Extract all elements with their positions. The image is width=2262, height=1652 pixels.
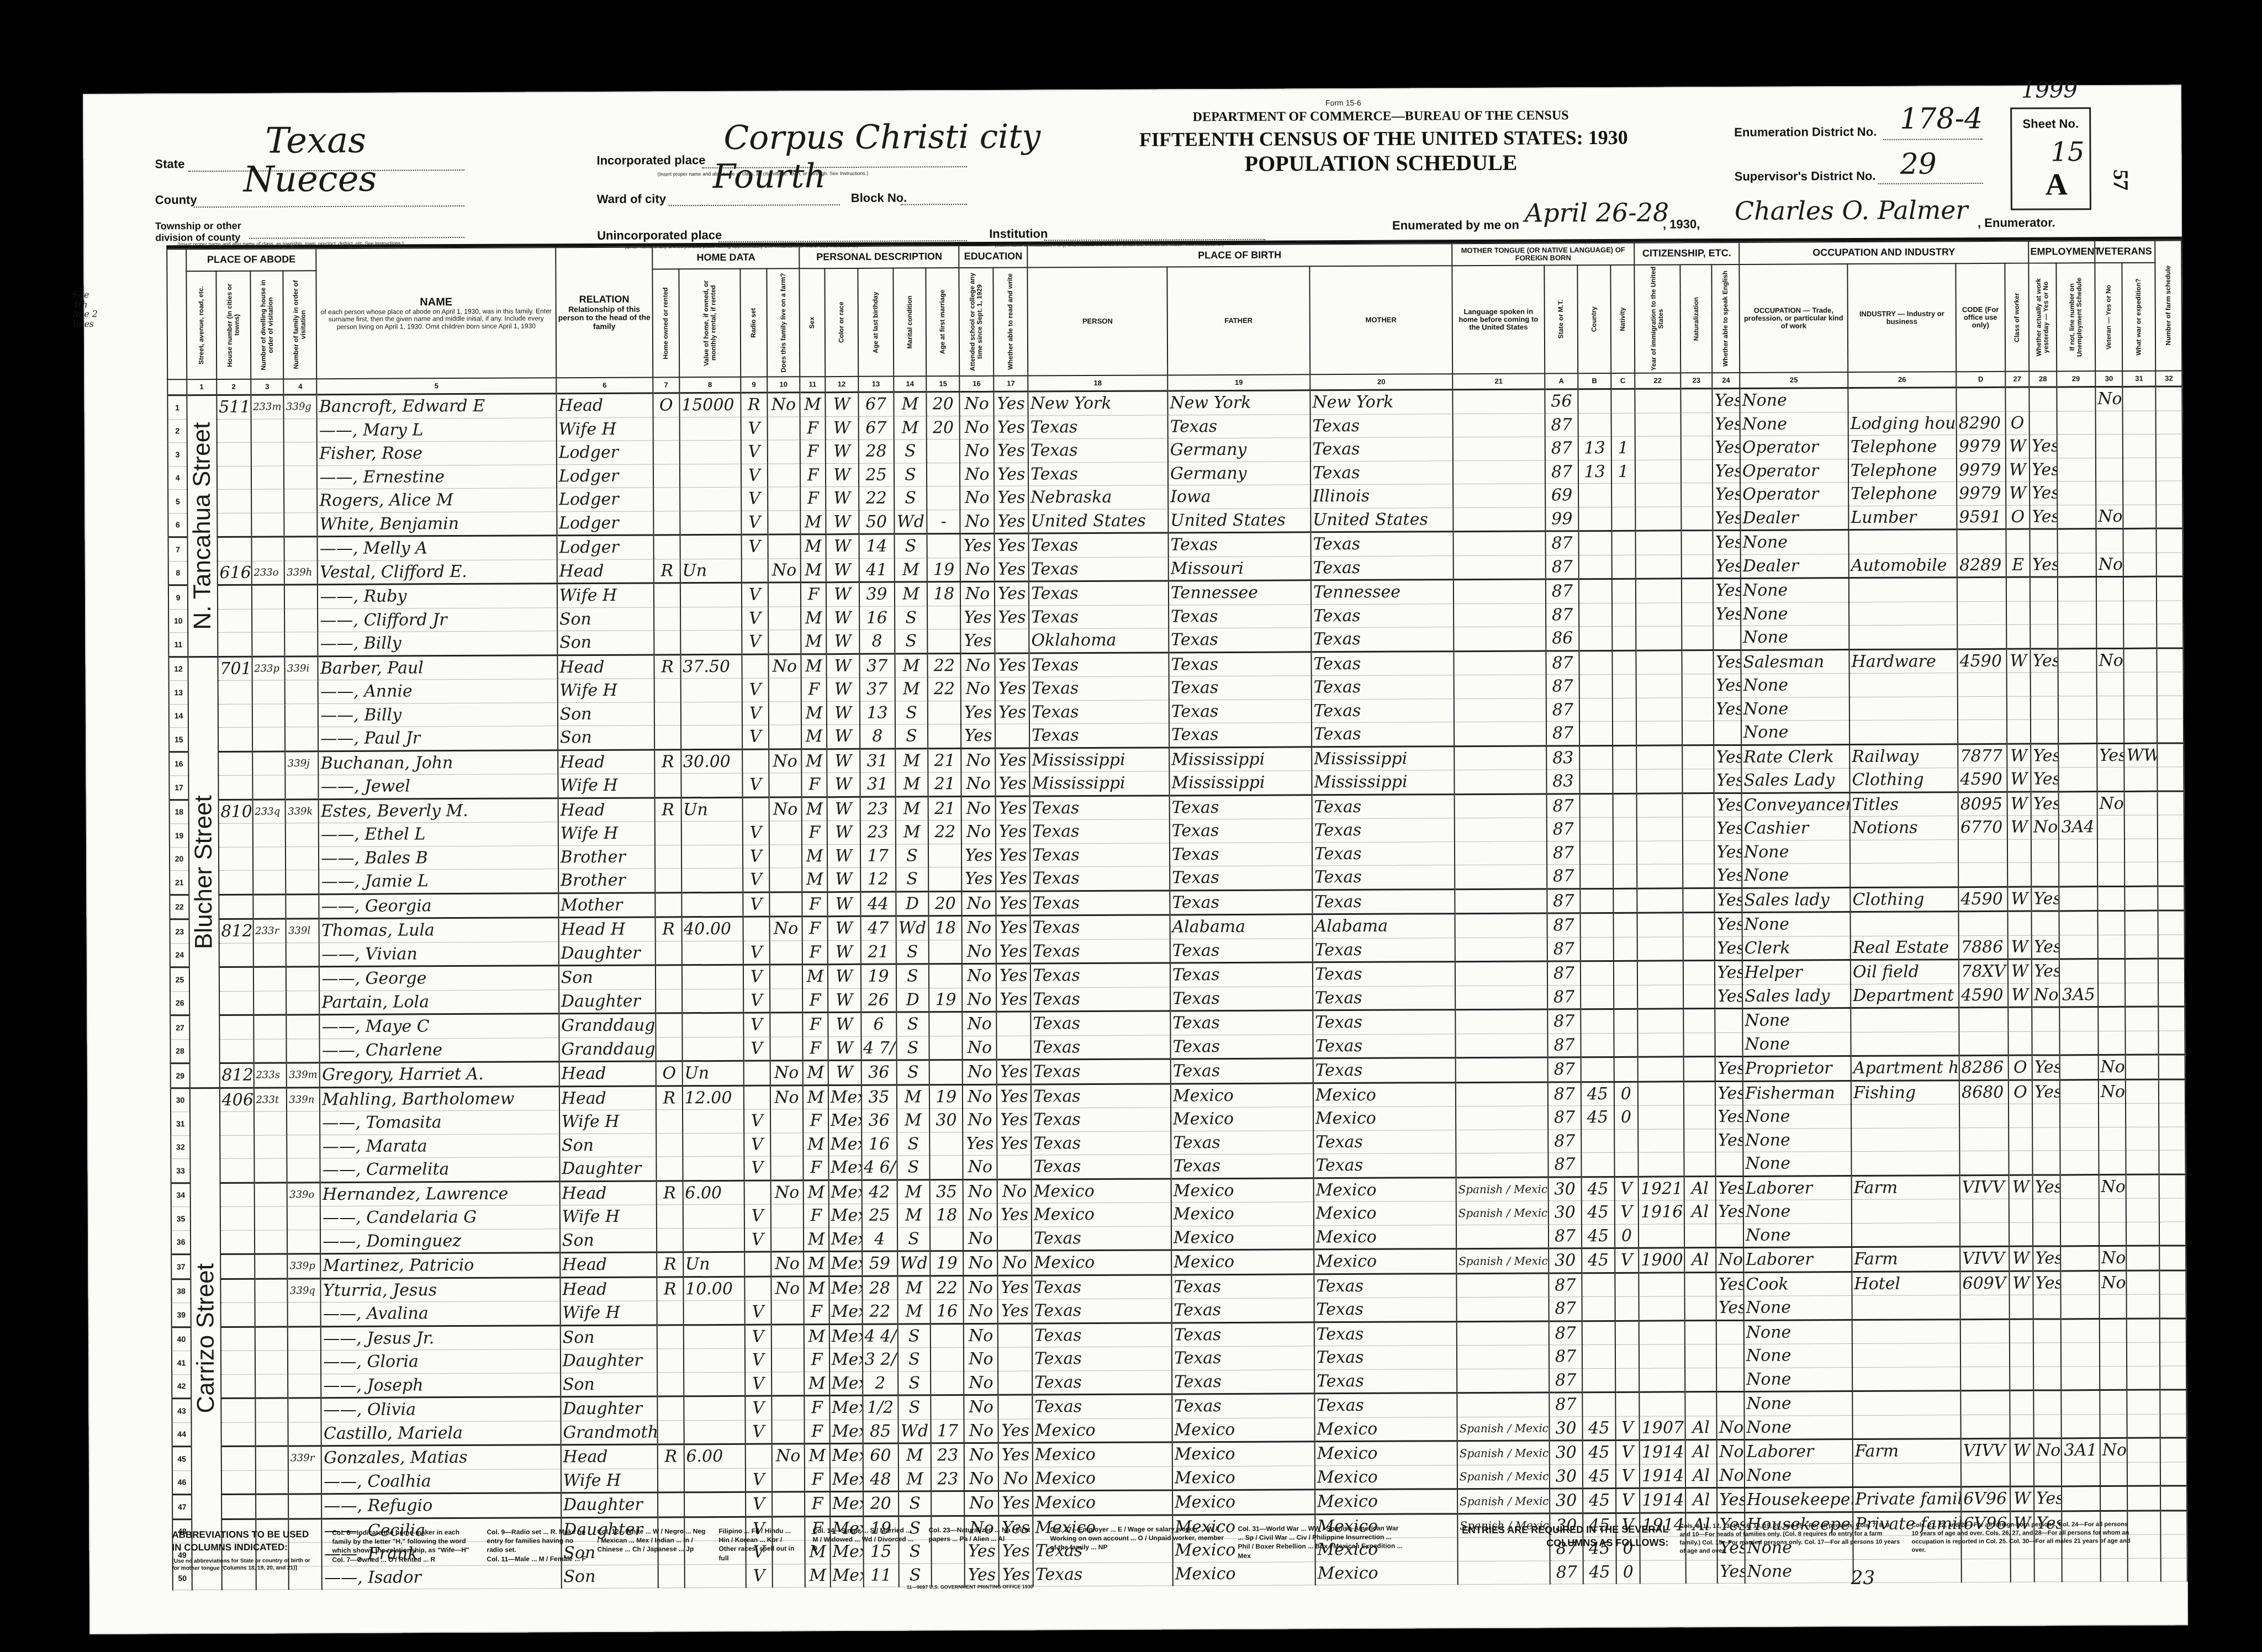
header-school: Attended school or college any time sinc… bbox=[959, 268, 994, 376]
cell-english: Yes bbox=[1716, 1272, 1744, 1296]
cell-radio bbox=[743, 797, 769, 822]
cell-industry bbox=[1852, 1199, 1960, 1223]
cell-farm-sched bbox=[2158, 1007, 2185, 1031]
column-number: 28 bbox=[2029, 371, 2057, 387]
cell-father: Texas bbox=[1171, 1298, 1314, 1323]
cell-farm-sched bbox=[2159, 1055, 2185, 1079]
cell-read bbox=[998, 1395, 1033, 1419]
cell-work bbox=[2033, 1343, 2061, 1367]
column-number: 18 bbox=[1028, 375, 1167, 391]
cell-code-c bbox=[1613, 745, 1637, 770]
cell-value bbox=[684, 1372, 746, 1396]
cell-dwelling bbox=[255, 1351, 288, 1374]
cell-occupation: None bbox=[1743, 1105, 1851, 1129]
cell-marital: D bbox=[896, 988, 929, 1012]
cell-birth: Texas bbox=[1029, 652, 1169, 677]
cell-age: 39 bbox=[859, 582, 894, 606]
cell-marital: M bbox=[897, 1275, 931, 1300]
cell-work bbox=[2030, 577, 2058, 601]
cell-mother: Mississippi bbox=[1312, 770, 1454, 795]
cell-marital: S bbox=[896, 1012, 929, 1036]
cell-war bbox=[2124, 719, 2157, 743]
group-veterans: VETERANS bbox=[2095, 241, 2155, 263]
header-name: NAMEof each person whose place of abode … bbox=[316, 247, 556, 379]
cell-unemp bbox=[2061, 1414, 2100, 1438]
cell-war bbox=[2124, 862, 2158, 886]
cell-code-a: 30 bbox=[1550, 1441, 1583, 1465]
cell-occupation: None bbox=[1743, 1128, 1851, 1152]
cell-relation: Wife H bbox=[560, 1205, 657, 1229]
column-number: C bbox=[1611, 373, 1635, 389]
column-number: 20 bbox=[1310, 374, 1452, 390]
cell-code-d: 609V bbox=[1960, 1271, 2009, 1295]
cell-code-c bbox=[1613, 793, 1637, 818]
cell-code-d bbox=[1958, 673, 2007, 696]
cell-sex: F bbox=[803, 1036, 828, 1061]
cell-name: ——, Tomasita bbox=[320, 1110, 559, 1135]
cell-birth: Texas bbox=[1030, 843, 1170, 867]
line-number: 18 bbox=[170, 799, 189, 824]
cell-dwelling bbox=[255, 1446, 288, 1470]
cell-english: Yes bbox=[1713, 483, 1741, 506]
cell-age-marr: 35 bbox=[930, 1179, 963, 1204]
cell-family: 339p bbox=[288, 1254, 321, 1279]
cell-code-d bbox=[1958, 862, 2007, 887]
cell-farm: No bbox=[771, 1276, 804, 1300]
cell-mother: Texas bbox=[1311, 651, 1454, 676]
cell-vet bbox=[2096, 672, 2124, 696]
cell-immig bbox=[1635, 389, 1680, 413]
cell-school: No bbox=[960, 510, 995, 534]
page-mark: 23 bbox=[1851, 1566, 1875, 1591]
cell-name: Fisher, Rose bbox=[317, 441, 557, 465]
cell-unemp: 3A5 bbox=[2059, 983, 2098, 1007]
cell-family: 339k bbox=[286, 799, 319, 823]
cell-code-d: 4590 bbox=[1958, 767, 2007, 792]
cell-english: Yes bbox=[1715, 984, 1743, 1009]
cell-class: W bbox=[2007, 792, 2031, 816]
cell-name: ——, Billy bbox=[318, 702, 558, 727]
cell-name: ——, Ernestine bbox=[317, 464, 557, 489]
column-number: 15 bbox=[927, 376, 960, 392]
cell-immig bbox=[1637, 936, 1683, 961]
header-owned-rented: Home owned or rented bbox=[653, 269, 679, 377]
cell-age-marr bbox=[930, 1156, 963, 1180]
cell-unemp bbox=[2060, 1222, 2099, 1246]
cell-age: 16 bbox=[859, 606, 895, 630]
cell-war bbox=[2124, 767, 2158, 791]
abbrev-col27: Col. 27—Employer ... E / Wage or salary … bbox=[1050, 1524, 1227, 1552]
cell-unemp bbox=[2057, 481, 2096, 505]
cell-school: No bbox=[962, 963, 996, 988]
cell-farm-sched bbox=[2158, 982, 2185, 1007]
cell-industry bbox=[1850, 863, 1958, 887]
cell-value bbox=[681, 845, 743, 869]
cell-family bbox=[287, 1158, 320, 1183]
cell-unemp bbox=[2059, 1031, 2098, 1055]
cell-dwelling bbox=[253, 894, 286, 919]
cell-family bbox=[284, 442, 317, 466]
cell-industry: Clothing bbox=[1850, 887, 1958, 912]
cell-code-c bbox=[1613, 864, 1637, 888]
column-number: 14 bbox=[894, 376, 927, 392]
cell-english: Yes bbox=[1714, 697, 1741, 721]
cell-farm-sched bbox=[2160, 1342, 2186, 1366]
cell-house bbox=[218, 704, 252, 728]
cell-tongue bbox=[1455, 841, 1547, 865]
cell-war bbox=[2126, 1222, 2159, 1246]
cell-house bbox=[220, 1111, 254, 1135]
cell-occupation: Sales lady bbox=[1742, 984, 1851, 1008]
cell-dwelling bbox=[252, 703, 285, 727]
cell-natur: Al bbox=[1685, 1416, 1717, 1440]
cell-immig bbox=[1639, 1272, 1684, 1296]
cell-sex: F bbox=[805, 1468, 830, 1492]
cell-race: W bbox=[827, 867, 860, 892]
cell-value bbox=[680, 702, 742, 726]
cell-unemp bbox=[2059, 839, 2097, 862]
cell-immig bbox=[1636, 602, 1682, 626]
cell-name: Castillo, Mariela bbox=[321, 1421, 561, 1445]
cell-occupation: Clerk bbox=[1742, 936, 1851, 960]
cell-mother: Mexico bbox=[1314, 1201, 1456, 1226]
cell-father: Tennessee bbox=[1169, 580, 1311, 605]
cell-owned bbox=[656, 1133, 683, 1157]
cell-dwelling bbox=[255, 1278, 288, 1302]
cell-tongue bbox=[1456, 1082, 1548, 1106]
cell-code-b: 45 bbox=[1581, 1177, 1614, 1201]
cell-natur bbox=[1683, 936, 1715, 961]
line-number: 30 bbox=[171, 1088, 190, 1112]
cell-tongue bbox=[1454, 793, 1546, 818]
cell-value: 6.00 bbox=[684, 1444, 746, 1468]
cell-farm-sched bbox=[2157, 576, 2183, 601]
line-number: 4 bbox=[168, 466, 187, 490]
cell-family: 339l bbox=[286, 919, 319, 943]
cell-value bbox=[680, 487, 742, 511]
cell-school: No bbox=[961, 653, 995, 677]
cell-farm bbox=[768, 487, 801, 511]
cell-birth: United States bbox=[1028, 509, 1168, 533]
cell-value bbox=[683, 1133, 744, 1157]
cell-industry: Private family bbox=[1853, 1487, 1961, 1512]
cell-race: W bbox=[826, 440, 859, 463]
street-name: Carrizo Street bbox=[190, 1088, 222, 1590]
group-home-data: HOME DATA bbox=[652, 246, 799, 269]
cell-radio: V bbox=[743, 845, 769, 869]
cell-owned bbox=[654, 583, 680, 607]
column-number: 10 bbox=[767, 377, 800, 393]
cell-farm-sched bbox=[2158, 959, 2185, 983]
cell-age: 3 2/12 bbox=[863, 1348, 898, 1372]
cell-birth: Texas bbox=[1030, 819, 1170, 844]
cell-code-a: 87 bbox=[1546, 603, 1579, 627]
cell-war bbox=[2124, 648, 2157, 673]
cell-class: W bbox=[2007, 887, 2032, 912]
cell-relation: Brother bbox=[558, 845, 656, 869]
cell-code-d bbox=[1958, 719, 2007, 744]
cell-code-c bbox=[1615, 1392, 1640, 1416]
cell-owned bbox=[657, 1205, 683, 1229]
cell-code-d: 8095 bbox=[1958, 792, 2007, 816]
cell-work bbox=[2033, 1151, 2060, 1175]
cell-immig: 1914 bbox=[1640, 1488, 1685, 1513]
cell-english: No bbox=[1717, 1464, 1745, 1488]
cell-age: 14 bbox=[859, 534, 894, 558]
cell-code-a: 87 bbox=[1548, 1153, 1581, 1177]
cell-code-c: V bbox=[1615, 1416, 1640, 1441]
cell-farm: No bbox=[769, 749, 802, 773]
cell-farm bbox=[770, 1227, 804, 1252]
cell-vet bbox=[2099, 1103, 2126, 1127]
cell-read: Yes bbox=[996, 988, 1030, 1012]
cell-industry bbox=[1849, 673, 1958, 697]
cell-occupation: Dealer bbox=[1740, 506, 1848, 530]
cell-war bbox=[2126, 1150, 2159, 1174]
cell-dwelling bbox=[253, 1015, 287, 1039]
cell-age-marr bbox=[929, 1012, 963, 1036]
cell-sex: M bbox=[803, 1085, 828, 1109]
cell-code-a: 87 bbox=[1547, 913, 1581, 938]
cell-tongue bbox=[1455, 865, 1547, 889]
header-relation: RELATIONRelationship of this person to t… bbox=[556, 247, 653, 378]
cell-read: Yes bbox=[997, 1203, 1032, 1227]
cell-value: 37.50 bbox=[680, 654, 742, 679]
cell-value bbox=[680, 607, 742, 631]
cell-read bbox=[995, 724, 1029, 748]
cell-immig bbox=[1637, 793, 1683, 817]
entries-b: Cols. 21, 22, and 23—For all foreign-bor… bbox=[1911, 1521, 2132, 1554]
group-occupation: OCCUPATION AND INDUSTRY bbox=[1739, 241, 2028, 264]
cell-code-c: V bbox=[1614, 1177, 1639, 1201]
cell-age: 31 bbox=[860, 749, 895, 773]
cell-immig bbox=[1639, 1344, 1685, 1368]
cell-race: W bbox=[826, 558, 859, 583]
cell-industry: Hotel bbox=[1852, 1271, 1960, 1295]
cell-english: No bbox=[1716, 1247, 1744, 1272]
cell-marital: M bbox=[894, 582, 927, 606]
cell-owned bbox=[654, 535, 680, 559]
cell-work bbox=[2031, 673, 2058, 696]
cell-code-d bbox=[1958, 839, 2007, 863]
cell-age-marr: 20 bbox=[927, 392, 960, 416]
cell-sex: M bbox=[804, 1276, 829, 1300]
cell-father: Texas bbox=[1169, 652, 1311, 676]
cell-class: W bbox=[2006, 458, 2030, 482]
cell-code-c bbox=[1614, 1129, 1639, 1153]
cell-sex: M bbox=[804, 1252, 829, 1277]
cell-class bbox=[2010, 1367, 2034, 1391]
cell-marital: S bbox=[897, 1132, 930, 1156]
cell-house bbox=[220, 1183, 254, 1207]
cell-immig bbox=[1637, 984, 1683, 1009]
cell-race: Mex bbox=[829, 1300, 862, 1324]
cell-class bbox=[2006, 577, 2031, 601]
binder-hole-icon bbox=[66, 1402, 87, 1423]
cell-code-a: 87 bbox=[1546, 555, 1579, 579]
cell-code-b bbox=[1579, 793, 1613, 818]
cell-unemp bbox=[2062, 1486, 2100, 1511]
cell-mother: Texas bbox=[1312, 675, 1454, 700]
cell-family bbox=[288, 1398, 321, 1422]
cell-race: Mex bbox=[830, 1468, 863, 1492]
cell-occupation: Laborer bbox=[1745, 1439, 1853, 1464]
cell-relation: Head bbox=[559, 1086, 657, 1110]
cell-read: Yes bbox=[997, 1132, 1031, 1156]
cell-war bbox=[2123, 553, 2157, 577]
cell-farm-sched bbox=[2157, 672, 2184, 696]
cell-school: No bbox=[960, 486, 994, 510]
cell-relation: Daughter bbox=[561, 1349, 658, 1373]
cell-sex: F bbox=[800, 440, 826, 464]
cell-father: Texas bbox=[1168, 532, 1310, 557]
cell-sex: M bbox=[802, 797, 827, 821]
cell-code-d: 4590 bbox=[1958, 887, 2007, 912]
cell-mother: Mexico bbox=[1315, 1465, 1457, 1490]
cell-code-a: 87 bbox=[1547, 1033, 1581, 1057]
cell-school: No bbox=[963, 1227, 997, 1251]
cell-english bbox=[1714, 626, 1741, 650]
cell-class: W bbox=[2007, 935, 2032, 960]
cell-code-a: 87 bbox=[1547, 841, 1580, 865]
cell-sex: F bbox=[802, 773, 827, 797]
cell-occupation: None bbox=[1742, 1032, 1851, 1056]
cell-read: Yes bbox=[995, 510, 1029, 534]
cell-occupation: None bbox=[1744, 1344, 1852, 1368]
line-number: 22 bbox=[170, 894, 189, 919]
cell-vet bbox=[2096, 434, 2123, 458]
cell-work bbox=[2033, 1199, 2060, 1222]
cell-english: Yes bbox=[1715, 936, 1742, 961]
cell-school: Yes bbox=[960, 606, 995, 629]
cell-code-c bbox=[1614, 1033, 1638, 1057]
cell-farm-sched bbox=[2160, 1438, 2187, 1462]
cell-father: Mexico bbox=[1171, 1083, 1313, 1108]
cell-family: 339m bbox=[287, 1063, 320, 1088]
cell-birth: Texas bbox=[1032, 1394, 1172, 1419]
cell-age: 4 4/12 bbox=[862, 1324, 897, 1348]
cell-family bbox=[287, 1039, 320, 1063]
cell-code-c bbox=[1613, 698, 1637, 722]
cell-school: No bbox=[961, 677, 995, 701]
cell-farm-sched bbox=[2159, 1126, 2185, 1150]
cell-relation: Son bbox=[557, 607, 654, 631]
cell-code-b bbox=[1581, 1129, 1614, 1153]
cell-war bbox=[2127, 1270, 2160, 1295]
cell-tongue bbox=[1454, 675, 1546, 698]
cell-father: Texas bbox=[1170, 1010, 1313, 1035]
cell-english: Yes bbox=[1715, 888, 1742, 913]
cell-marital: M bbox=[897, 1109, 930, 1132]
township-label: Township or other division of county bbox=[155, 220, 244, 244]
cell-war bbox=[2127, 1390, 2160, 1414]
cell-radio: V bbox=[742, 773, 769, 797]
cell-natur bbox=[1681, 554, 1713, 579]
cell-marital: S bbox=[894, 534, 927, 558]
cell-work: Yes bbox=[2031, 767, 2058, 792]
cell-family: 339h bbox=[284, 560, 318, 585]
cell-age-marr: 17 bbox=[931, 1419, 964, 1443]
cell-tongue bbox=[1455, 818, 1547, 841]
cell-value bbox=[682, 989, 744, 1013]
cell-code-d: VIVV bbox=[1960, 1175, 2009, 1199]
census-sheet: See 4th line 2 lines State Texas County … bbox=[83, 84, 2188, 1634]
cell-tongue: Spanish / Mexican bbox=[1457, 1416, 1549, 1441]
cell-family bbox=[284, 537, 318, 561]
cell-mother: Texas bbox=[1313, 962, 1455, 987]
cell-name: ——, Jamie L bbox=[319, 869, 558, 894]
cell-farm bbox=[770, 988, 803, 1013]
cell-radio bbox=[744, 1252, 771, 1277]
cell-age: 4 6/12 bbox=[862, 1156, 897, 1180]
cell-code-d: 4590 bbox=[1959, 983, 2008, 1008]
schedule-rows: 1N. Tancahua Street511233m339gBancroft, … bbox=[167, 386, 2187, 1590]
cell-name: ——, Avalina bbox=[321, 1301, 561, 1326]
cell-occupation: Housekeeper bbox=[1745, 1487, 1853, 1512]
cell-class: W bbox=[2007, 744, 2031, 768]
cell-marital: S bbox=[898, 1348, 931, 1372]
cell-tongue bbox=[1455, 961, 1547, 986]
cell-mother: Mississippi bbox=[1312, 746, 1454, 771]
cell-unemp bbox=[2058, 601, 2096, 624]
cell-race: Mex bbox=[829, 1324, 863, 1348]
cell-school: No bbox=[961, 772, 996, 796]
cell-relation: Head bbox=[561, 1444, 658, 1469]
cell-house bbox=[221, 1351, 255, 1374]
cell-sex: M bbox=[803, 1061, 828, 1086]
cell-vet bbox=[2097, 910, 2125, 935]
line-number: 32 bbox=[171, 1135, 190, 1159]
cell-age: 6 bbox=[861, 1012, 896, 1036]
cell-age-marr: 21 bbox=[928, 748, 961, 772]
cell-relation: Grandmother bbox=[561, 1420, 658, 1444]
cell-sex: F bbox=[805, 1420, 830, 1444]
cell-father: Mexico bbox=[1171, 1202, 1314, 1226]
cell-name: ——, Dominguez bbox=[320, 1229, 560, 1253]
cell-radio: V bbox=[746, 1420, 772, 1444]
cell-immig bbox=[1638, 1081, 1684, 1105]
cell-code-c: V bbox=[1616, 1488, 1640, 1513]
cell-code-a: 87 bbox=[1548, 1106, 1581, 1130]
cell-age-marr bbox=[929, 964, 962, 988]
cell-school: No bbox=[961, 748, 995, 772]
cell-tongue bbox=[1456, 1057, 1548, 1082]
cell-mother: Texas bbox=[1312, 841, 1455, 866]
cell-value: 6.00 bbox=[683, 1180, 744, 1205]
cell-family bbox=[286, 775, 319, 799]
cell-radio: V bbox=[742, 607, 768, 631]
cell-marital: Wd bbox=[898, 1419, 931, 1443]
cell-sex: M bbox=[802, 749, 827, 773]
cell-marital: M bbox=[896, 1084, 929, 1109]
header-house-number: House number (in cities or towns) bbox=[216, 271, 251, 379]
cell-father: Mexico bbox=[1171, 1249, 1314, 1275]
cell-code-c: 1 bbox=[1611, 460, 1636, 484]
cell-mother: Texas bbox=[1312, 889, 1455, 914]
header-occupation: OCCUPATION — Trade, profession, or parti… bbox=[1739, 264, 1848, 373]
cell-code-c: 0 bbox=[1614, 1082, 1639, 1106]
cell-birth: Texas bbox=[1032, 1322, 1172, 1347]
cell-war bbox=[2125, 910, 2158, 935]
cell-occupation: Laborer bbox=[1743, 1176, 1852, 1200]
cell-radio: V bbox=[743, 1013, 770, 1037]
cell-school: Yes bbox=[963, 1132, 997, 1156]
cell-immig: 1914 bbox=[1640, 1464, 1685, 1488]
cell-industry: Railway bbox=[1849, 744, 1958, 768]
cell-mother: Illinois bbox=[1310, 484, 1453, 509]
header-street: Street, avenue, road, etc. bbox=[186, 271, 216, 379]
cell-natur: Al bbox=[1684, 1248, 1716, 1273]
